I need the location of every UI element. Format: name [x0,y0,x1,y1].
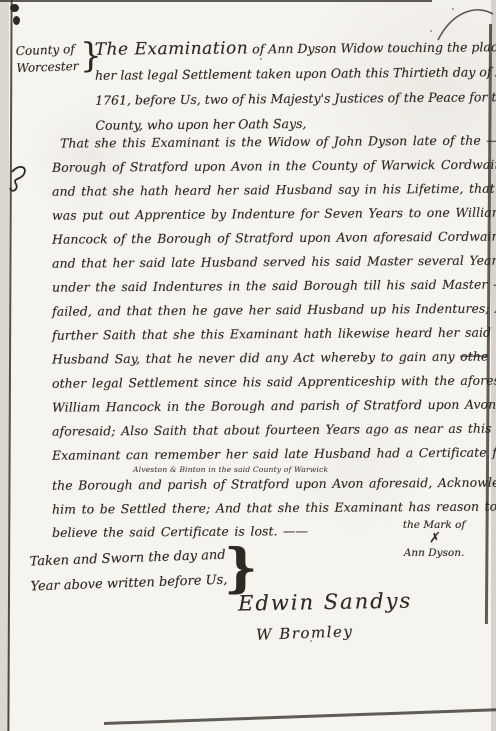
heading-line-2: her last legal Settlement taken upon Oat… [95,59,485,87]
body-line: and that her said late Husband served hi… [52,252,496,270]
body-line: Hancock of the Borough of Stratford upon… [52,228,496,246]
body-line: aforesaid; Also Saith that about fourtee… [52,420,496,438]
body-line: Husband Say, that he never did any Act w… [52,348,488,366]
body-line: was put out Apprentice by Indenture for … [52,204,496,222]
body-line: other legal Settlement since his said Ap… [52,372,496,390]
margin-county-line2: Worcester [16,58,79,77]
margin-county-note: County of Worcester [15,41,78,77]
body-line: him to be Settled there; And that she th… [52,498,496,516]
heading-opening: The Examination [95,38,249,59]
body-line: under the said Indentures in the said Bo… [52,276,496,294]
body-line: William Hancock in the Borough and paris… [52,396,496,414]
examinant-mark-block: the Mark of ✗ Ann Dyson. [398,518,470,560]
body-line: the Borough and parish of Stratford upon… [52,474,496,492]
heading-line-3: 1761, before Us, two of his Majesty's Ju… [95,84,485,112]
margin-county-line1: County of [15,41,78,60]
body-line: failed, and that then he gave her said H… [52,300,496,318]
margin-scribble-icon [10,167,25,191]
scanned-manuscript-page: County of Worcester } The Examination of… [0,0,496,731]
struck-word: othe [460,348,488,363]
heading-line-1: The Examination of Ann Dyson Widow touch… [95,34,485,62]
body-line: Examinant can remember her said late Hus… [52,444,496,462]
body-line: Borough of Stratford upon Avon in the Co… [52,156,496,175]
signature-justice-1: Edwin Sandys [238,588,413,615]
heading-line-1-rest: of Ann Dyson Widow touching the place of [248,39,496,56]
interlined-insertion: Alveston & Binton in the said County of … [133,465,328,474]
body-line-text: Husband Say, that he never did any Act w… [52,349,460,367]
attestation-brace: } [224,538,257,599]
body-line: That she this Examinant is the Widow of … [60,132,496,150]
signature-justice-2: W Bromley [256,622,354,643]
body-line: and that she hath heard her said Husband… [52,180,496,198]
attestation-block: Taken and Sworn the day and Year above w… [29,543,228,600]
body-line: further Saith that she this Examinant ha… [52,324,496,342]
examination-heading: The Examination of Ann Dyson Widow touch… [95,34,486,137]
body-line: believe the said Certificate is lost. —— [52,523,308,540]
